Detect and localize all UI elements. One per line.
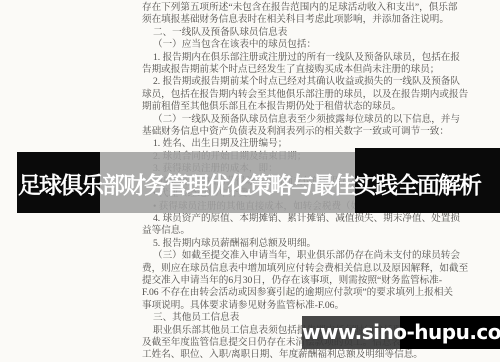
headline-title: 足球俱乐部财务管理优化策略与最佳实践全面解析 — [18, 170, 500, 200]
doc-line: 基础财务信息中资产负债表及利润表列示的相关数字一致或可调节一致： — [142, 126, 480, 138]
doc-line: 2. 报告期或报告期前某个时点已经对其确认收益或损失的一线队及预备队 — [142, 76, 480, 88]
doc-line: F.06 不存在由转会活动或因参赛引起的逾期应付款项”的要求填列上报相关 — [142, 287, 480, 299]
doc-line: 工姓名、职位、入职/离职日期、年度薪酬福利总额及明细等信息。 — [142, 349, 480, 361]
document-page: 存在下列第五项所述“未包含在报告范围内的足球活动收入和支出”，俱乐部须在填报基础… — [0, 0, 500, 362]
doc-line: 费，则应在球员信息表中增加填列应付转会费相关信息以及原因解释，如截至 — [142, 263, 480, 275]
doc-line: 4. 球员资产的原值、本期摊销、累计摊销、减值损失、期末净值、处置损 — [142, 213, 480, 225]
doc-line: 告期或报告期前某个时点已经发生了直接购买成本但尚未注册的球员； — [142, 64, 480, 76]
doc-line: 球员，包括在报告期内转会至其他俱乐部注册的球员，以及在报告期内或报告 — [142, 89, 480, 101]
doc-line: 1. 报告期内在俱乐部注册或注册过的所有一线队及预备队球员，包括在报 — [142, 52, 480, 64]
doc-line: （一）应当包含在该表中的球员包括： — [142, 39, 480, 51]
doc-line: 提交准入申请当年的6月30日，仍存在该事项，则需按照“财务监管标准- — [142, 275, 480, 287]
doc-line: 益等信息。 — [142, 225, 480, 237]
doc-line: 期前租借至其他俱乐部且在本报告期仍处于租借状态的球员。 — [142, 101, 480, 113]
doc-line: 二、一线队及预备队球员信息表 — [142, 27, 480, 39]
doc-line: （二）一线队及预备队球员信息表至少须披露每位球员的以下信息，并与 — [142, 114, 480, 126]
doc-line: 存在下列第五项所述“未包含在报告范围内的足球活动收入和支出”，俱乐部 — [142, 2, 480, 14]
watermark-text: www.sino-hupu.com — [302, 316, 500, 349]
doc-line: （三）如截至提交准入申请当年，职业俱乐部仍存在尚未支付的球员转会 — [142, 250, 480, 262]
doc-line: 须在填报基础财务信息表时在相关科目考虑此项影响，并添加备注说明。 — [142, 14, 480, 26]
doc-line: 事项说明。具体要求请参见财务监管标准-F.06。 — [142, 300, 480, 312]
doc-line: 5. 报告期内球员薪酬福利总额及明细。 — [142, 238, 480, 250]
